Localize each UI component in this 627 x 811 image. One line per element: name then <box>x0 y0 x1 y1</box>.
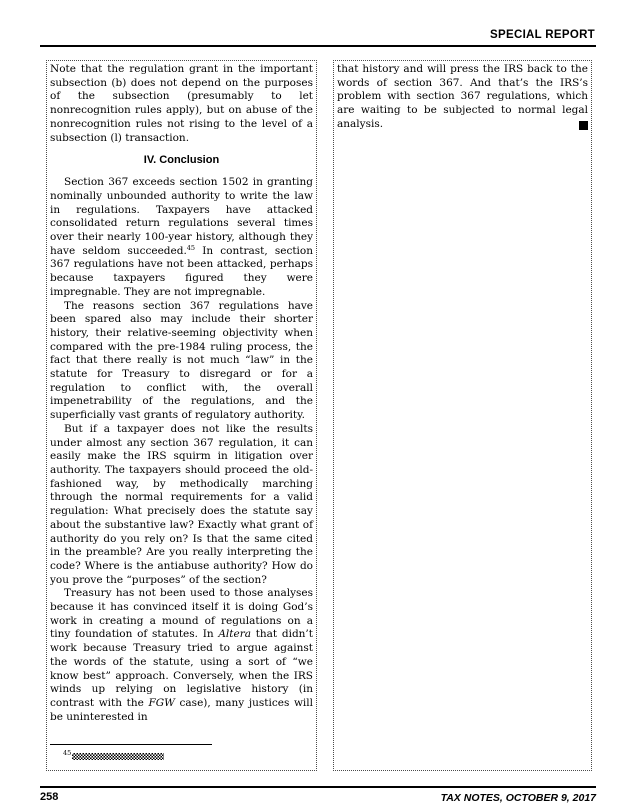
redacted-text-block <box>72 753 164 760</box>
report-type-label: SPECIAL REPORT <box>490 29 595 41</box>
paragraph: Treasury has not been used to those anal… <box>50 587 313 724</box>
paragraph: But if a taxpayer does not like the resu… <box>50 423 313 587</box>
footnote-area: 45 <box>50 744 212 762</box>
paragraph-continued: Note that the regulation grant in the im… <box>50 63 313 145</box>
paragraph-text: that history and will press the IRS back… <box>337 63 588 130</box>
footnote-marker: 45 <box>63 749 71 757</box>
paragraph: Section 367 exceeds section 1502 in gran… <box>50 176 313 299</box>
paragraph-continued: that history and will press the IRS back… <box>337 63 588 132</box>
case-name-altera: Altera <box>218 628 251 640</box>
case-name-fgw: FGW <box>148 697 174 709</box>
journal-title-date: TAX NOTES, OCTOBER 9, 2017 <box>441 792 596 804</box>
footnote-line: 45 <box>50 752 212 762</box>
right-column-text-block: that history and will press the IRS back… <box>333 60 592 771</box>
section-heading-conclusion: IV. Conclusion <box>50 154 313 166</box>
header-rule <box>40 45 596 47</box>
footer-rule <box>40 786 596 788</box>
footnote-reference: 45 <box>187 244 195 252</box>
paragraph: The reasons section 367 regulations have… <box>50 300 313 423</box>
left-column-text-block: Note that the regulation grant in the im… <box>46 60 317 771</box>
end-of-article-marker <box>579 121 588 130</box>
footnote-separator-rule <box>50 744 212 745</box>
page-number: 258 <box>40 791 58 803</box>
